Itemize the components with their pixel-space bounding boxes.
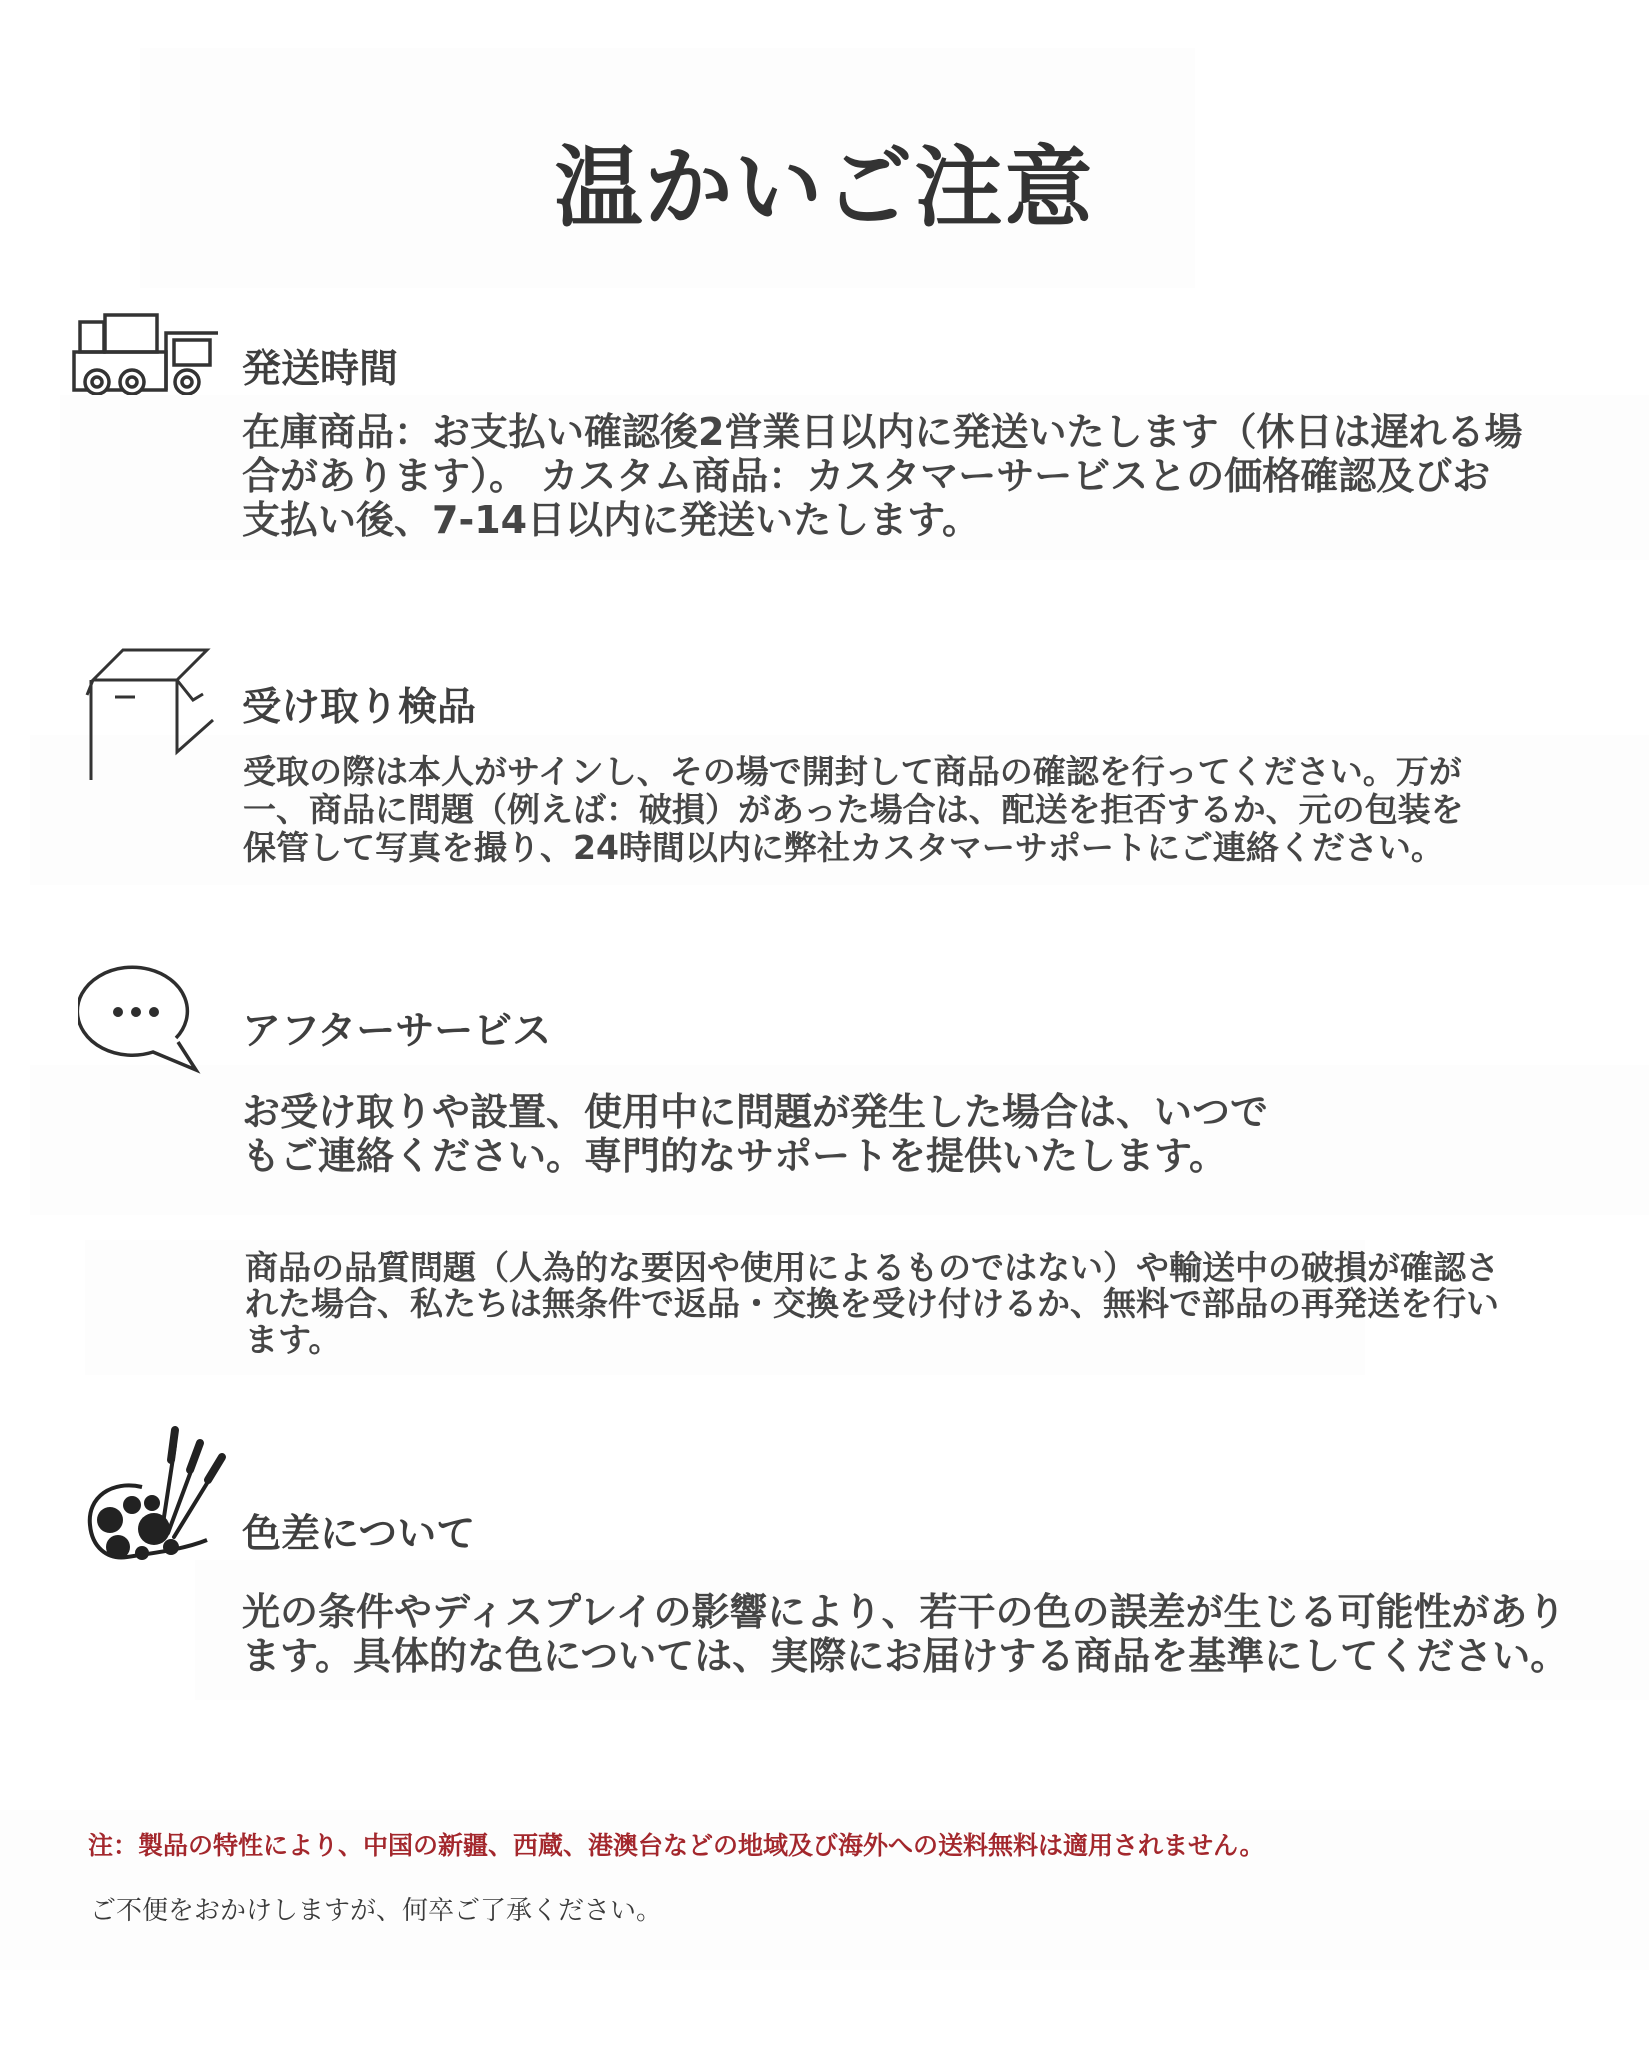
- section-heading: アフターサービス: [242, 1000, 551, 1056]
- truck-icon: [70, 305, 225, 395]
- body-line: 一、商品に問題（例えば：破損）があった場合は、配送を拒否するか、元の包装を: [243, 791, 1464, 829]
- body-line: もご連絡ください。専門的なサポートを提供いたします。: [242, 1134, 1268, 1178]
- body-line: ます。: [245, 1322, 1499, 1358]
- section-body-secondary: 商品の品質問題（人為的な要因や使用によるものではない）や輸送中の破損が確認さ れ…: [245, 1250, 1499, 1358]
- body-line: れた場合、私たちは無条件で返品・交換を受け付けるか、無料で部品の再発送を行い: [245, 1286, 1499, 1322]
- palette-icon: [82, 1425, 232, 1565]
- page-title: 温かいご注意: [0, 118, 1649, 244]
- section-heading: 受け取り検品: [242, 676, 476, 732]
- body-line: 支払い後、7-14日以内に発送いたします。: [242, 498, 1522, 542]
- body-line: お受け取りや設置、使用中に問題が発生した場合は、いつで: [242, 1090, 1268, 1134]
- section-body: 受取の際は本人がサインし、その場で開封して商品の確認を行ってください。万が 一、…: [243, 753, 1464, 867]
- apology-text: ご不便をおかけしますが、何卒ご了承ください。: [90, 1890, 662, 1927]
- open-box-icon: [85, 640, 215, 780]
- body-line: 在庫商品：お支払い確認後2営業日以内に発送いたします（休日は遅れる場: [242, 410, 1522, 454]
- section-heading: 発送時間: [242, 338, 398, 394]
- section-body: お受け取りや設置、使用中に問題が発生した場合は、いつで もご連絡ください。専門的…: [242, 1090, 1268, 1178]
- speech-bubble-icon: [78, 960, 208, 1075]
- body-line: 合があります）。 カスタム商品：カスタマーサービスとの価格確認及びお: [242, 454, 1522, 498]
- section-body: 在庫商品：お支払い確認後2営業日以内に発送いたします（休日は遅れる場 合がありま…: [242, 410, 1522, 542]
- shipping-exclusion-note: 注：製品の特性により、中国の新疆、西蔵、港澳台などの地域及び海外への送料無料は適…: [88, 1826, 1265, 1862]
- body-line: 光の条件やディスプレイの影響により、若干の色の誤差が生じる可能性があり: [242, 1590, 1568, 1634]
- body-line: ます。具体的な色については、実際にお届けする商品を基準にしてください。: [242, 1634, 1568, 1678]
- body-line: 商品の品質問題（人為的な要因や使用によるものではない）や輸送中の破損が確認さ: [245, 1250, 1499, 1286]
- body-line: 受取の際は本人がサインし、その場で開封して商品の確認を行ってください。万が: [243, 753, 1464, 791]
- body-line: 保管して写真を撮り、24時間以内に弊社カスタマーサポートにご連絡ください。: [243, 829, 1464, 867]
- section-heading: 色差について: [242, 1503, 475, 1559]
- section-body: 光の条件やディスプレイの影響により、若干の色の誤差が生じる可能性があり ます。具…: [242, 1590, 1568, 1678]
